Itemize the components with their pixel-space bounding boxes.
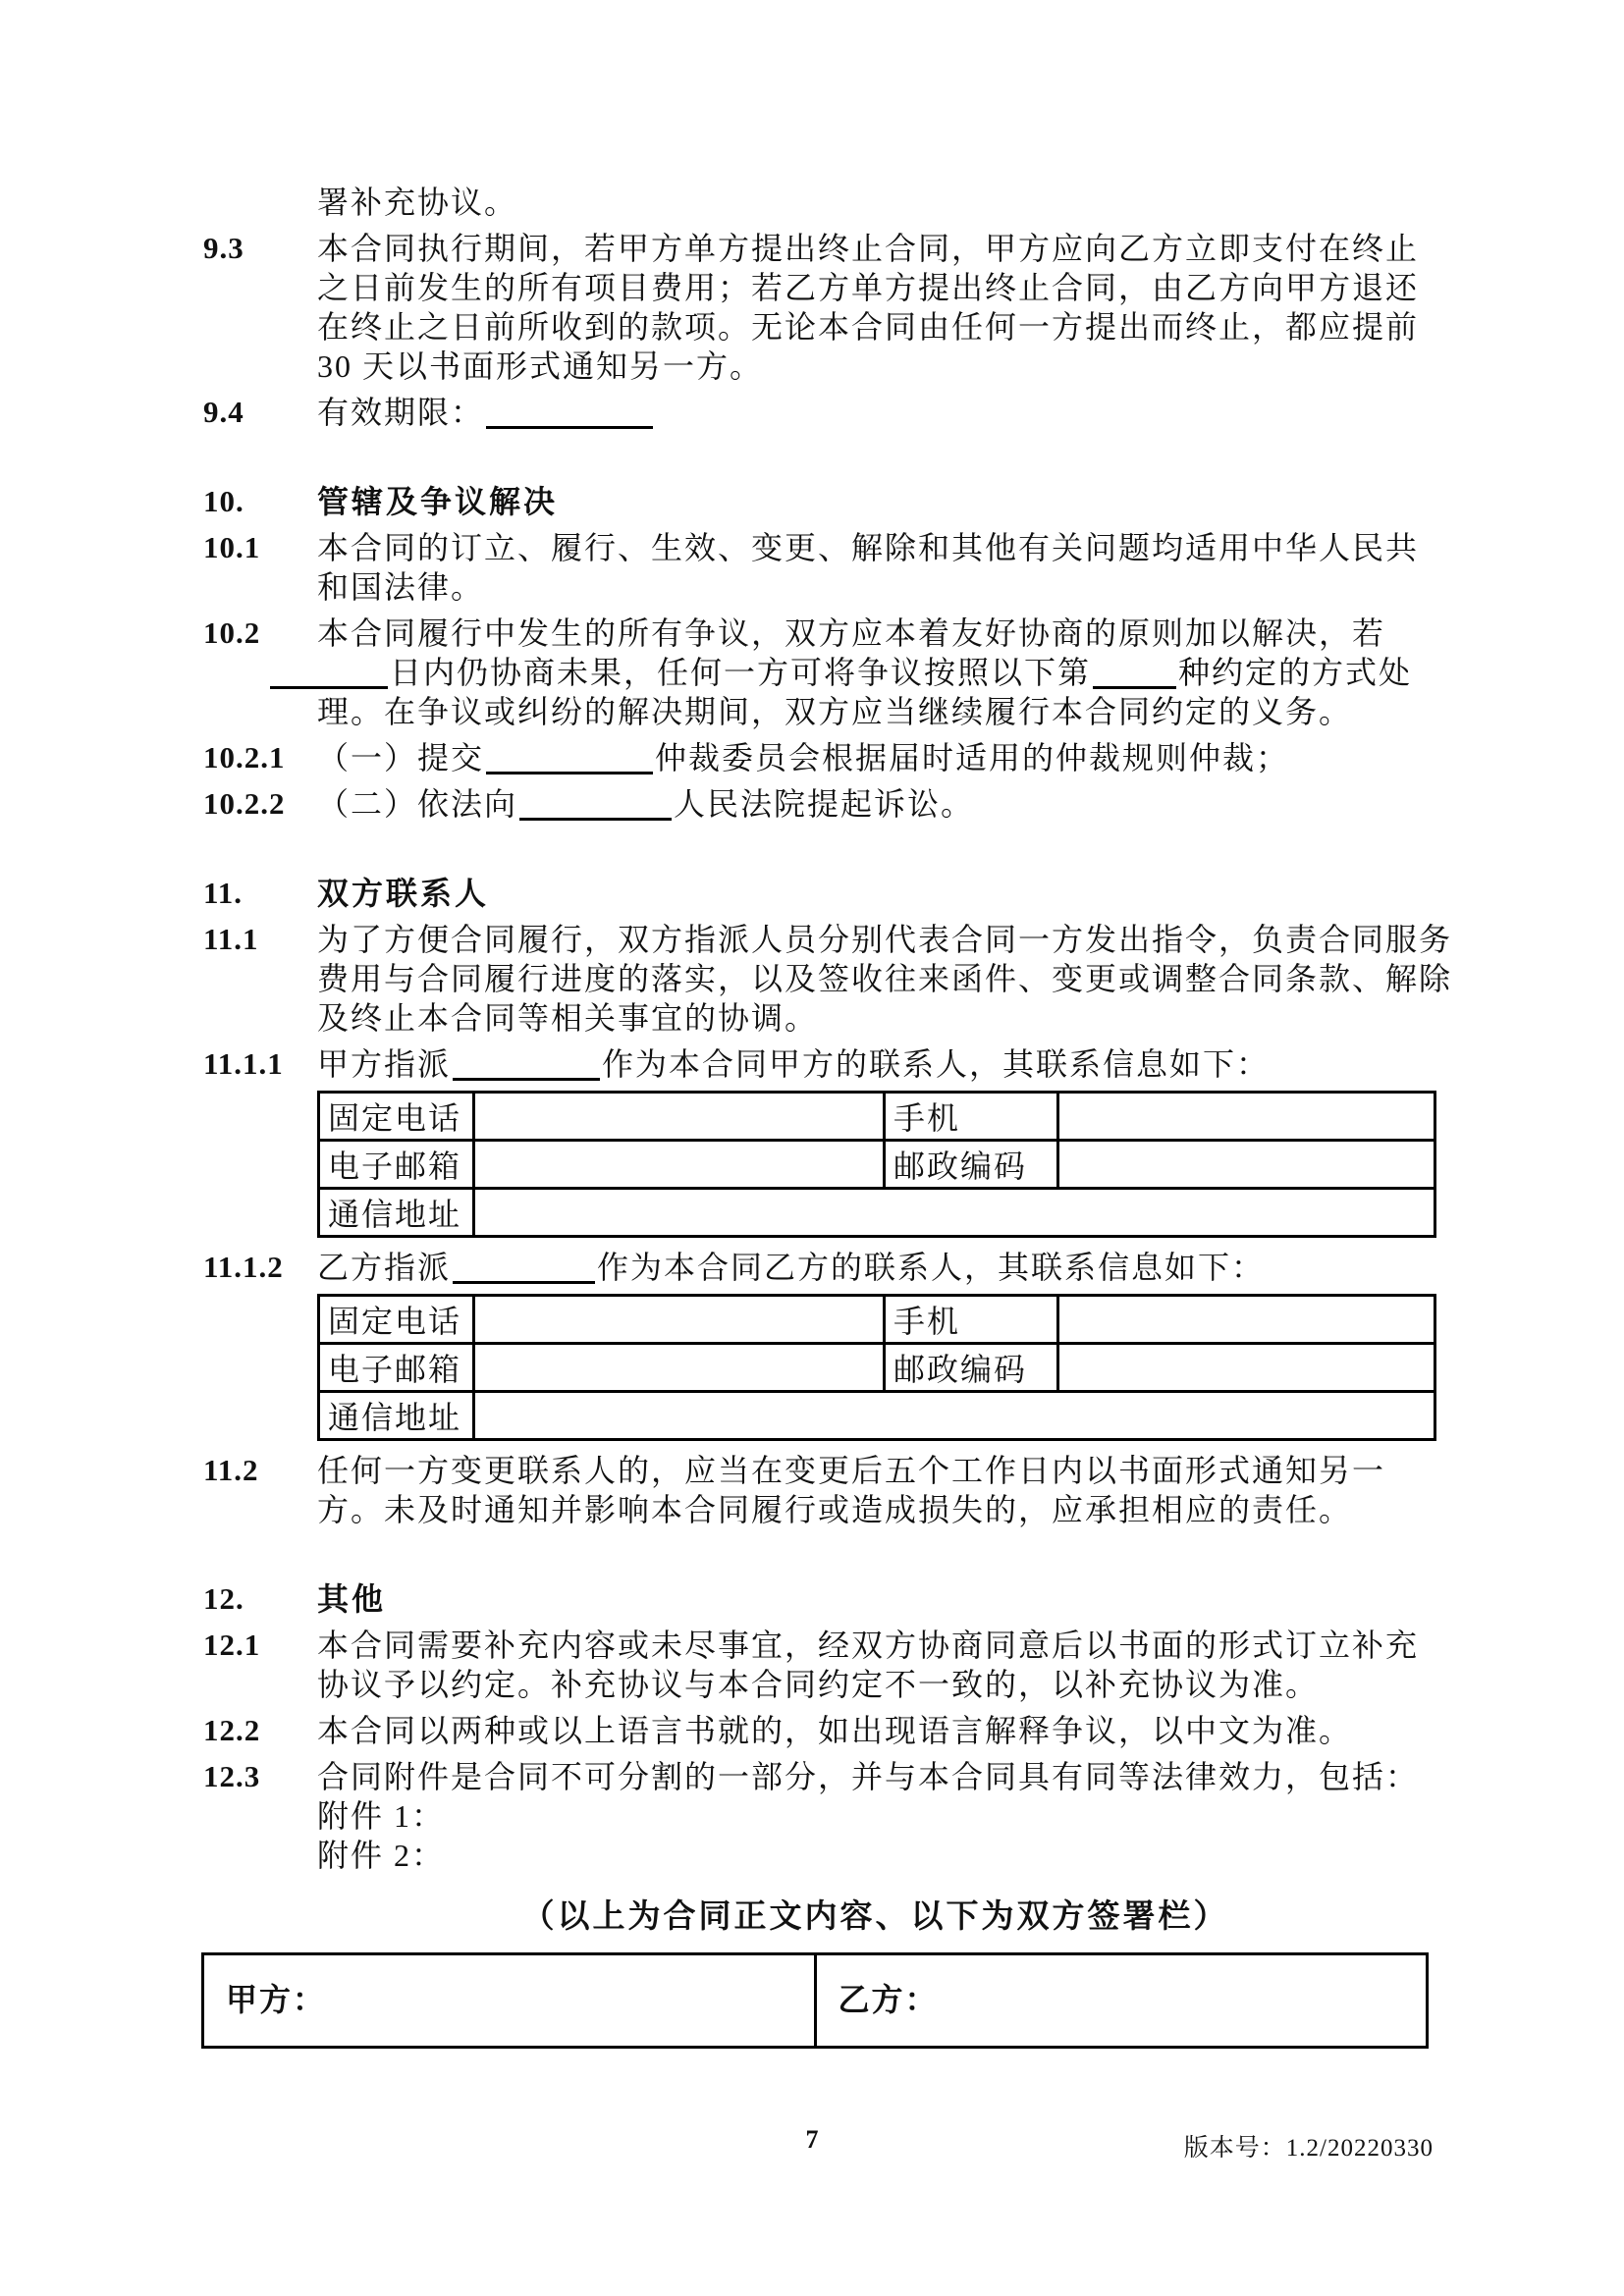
clause-text-segment: 方。未及时通知并影响本合同履行或造成损失的，应承担相应的责任。: [317, 1492, 1352, 1527]
clause-line: （二）依法向人民法院提起诉讼。: [317, 784, 1434, 824]
clause-10-2-1: 10.2.1（一）提交仲裁委员会根据届时适用的仲裁规则仲裁；: [203, 738, 1434, 777]
clause-text: 本合同需要补充内容或未尽事宜，经双方协商同意后以书面的形式订立补充协议予以约定。…: [317, 1626, 1434, 1704]
clause-11-1: 11.1为了方便合同履行，双方指派人员分别代表合同一方发出指令，负责合同服务费用…: [203, 920, 1434, 1038]
contact-field-label: 手机: [885, 1296, 1058, 1344]
clause-text-segment: （二）依法向: [317, 786, 517, 822]
clause-number: 12.: [203, 1579, 317, 1619]
clause-text: 本合同的订立、履行、生效、变更、解除和其他有关问题均适用中华人民共和国法律。: [317, 528, 1434, 607]
clause-11-2: 11.2任何一方变更联系人的，应当在变更后五个工作日内以书面形式通知另一方。未及…: [203, 1451, 1434, 1529]
contact-table-row: 通信地址: [319, 1189, 1435, 1237]
clause-text: 本合同以两种或以上语言书就的，如出现语言解释争议，以中文为准。: [317, 1711, 1434, 1750]
clause-text: 双方联系人: [317, 874, 1434, 913]
contact-field-value-cell[interactable]: [474, 1344, 885, 1392]
clause-line: （一）提交仲裁委员会根据届时适用的仲裁规则仲裁；: [317, 738, 1434, 777]
clause-text-segment: 和国法律。: [317, 569, 484, 605]
clause-line: 在终止之日前所收到的款项。无论本合同由任何一方提出而终止，都应提前: [317, 307, 1434, 347]
contract-body: 署补充协议。9.3本合同执行期间，若甲方单方提出终止合同，甲方应向乙方立即支付在…: [203, 183, 1434, 2049]
contact-field-label: 手机: [885, 1093, 1058, 1141]
clause-text-segment: 乙方指派: [317, 1250, 451, 1285]
clause-number: 11.1.1: [203, 1044, 317, 1084]
clause-text-segment: 本合同执行期间，若甲方单方提出终止合同，甲方应向乙方立即支付在终止: [317, 231, 1419, 266]
clause-line: 本合同执行期间，若甲方单方提出终止合同，甲方应向乙方立即支付在终止: [317, 229, 1434, 268]
clause-text-segment: 人民法院提起诉讼。: [674, 786, 974, 822]
clause-text: 其他: [317, 1579, 1434, 1619]
clause-text: 乙方指派作为本合同乙方的联系人，其联系信息如下：: [317, 1248, 1434, 1287]
clause-line: 本合同的订立、履行、生效、变更、解除和其他有关问题均适用中华人民共: [317, 528, 1434, 567]
clause-text-segment: 理。在争议或纠纷的解决期间，双方应当继续履行本合同约定的义务。: [317, 694, 1352, 729]
contact-field-value-cell[interactable]: [474, 1141, 885, 1189]
clause-10-1: 10.1本合同的订立、履行、生效、变更、解除和其他有关问题均适用中华人民共和国法…: [203, 528, 1434, 607]
clause-text: （二）依法向人民法院提起诉讼。: [317, 784, 1434, 824]
fill-in-blank-field[interactable]: [1093, 657, 1176, 689]
contact-table-row: 电子邮箱邮政编码: [319, 1141, 1435, 1189]
contact-table-row: 固定电话手机: [319, 1296, 1435, 1344]
clause-line: 本合同履行中发生的所有争议，双方应本着友好协商的原则加以解决，若: [317, 614, 1434, 653]
section-spacer: [203, 1536, 1434, 1579]
clause-line: 费用与合同履行进度的落实，以及签收往来函件、变更或调整合同条款、解除: [317, 959, 1434, 998]
clause-text-segment: 及终止本合同等相关事宜的协调。: [317, 1000, 818, 1036]
clause-text-segment: 署补充协议。: [317, 185, 517, 220]
clause-number: 12.3: [203, 1757, 317, 1875]
clause-text: 有效期限：: [317, 393, 1434, 432]
clause-text-segment: 本合同以两种或以上语言书就的，如出现语言解释争议，以中文为准。: [317, 1713, 1352, 1748]
clause-number: 12.2: [203, 1711, 317, 1750]
clause-9-4: 9.4有效期限：: [203, 393, 1434, 432]
contact-field-label: 通信地址: [319, 1392, 474, 1440]
clause-text-segment: 日内仍协商未果，任何一方可将争议按照以下第: [390, 655, 1091, 690]
fill-in-blank-field[interactable]: [453, 1252, 595, 1284]
clause-line: 其他: [317, 1579, 1434, 1619]
contact-field-value-cell[interactable]: [1058, 1296, 1435, 1344]
clause-text-segment: 任何一方变更联系人的，应当在变更后五个工作日内以书面形式通知另一: [317, 1453, 1385, 1488]
contact-field-value-cell[interactable]: [1058, 1093, 1435, 1141]
clause-number: 10.2.2: [203, 784, 317, 824]
contract-document-page: 署补充协议。9.3本合同执行期间，若甲方单方提出终止合同，甲方应向乙方立即支付在…: [0, 0, 1624, 2296]
clause-11: 11.双方联系人: [203, 874, 1434, 913]
clause-number: 9.4: [203, 393, 317, 432]
fill-in-blank-field[interactable]: [270, 657, 388, 689]
contact-info-table-party-a: 固定电话手机电子邮箱邮政编码通信地址: [317, 1091, 1436, 1238]
clause-text-segment: 本合同履行中发生的所有争议，双方应本着友好协商的原则加以解决，若: [317, 615, 1385, 651]
contact-table-row: 固定电话手机: [319, 1093, 1435, 1141]
clause-line: 附件 1：: [317, 1796, 1434, 1836]
clause-line: 双方联系人: [317, 874, 1434, 913]
clause-12-2: 12.2本合同以两种或以上语言书就的，如出现语言解释争议，以中文为准。: [203, 1711, 1434, 1750]
clause-line: 本合同以两种或以上语言书就的，如出现语言解释争议，以中文为准。: [317, 1711, 1434, 1750]
contact-field-value-cell[interactable]: [474, 1296, 885, 1344]
clause-11-1-1: 11.1.1甲方指派作为本合同甲方的联系人，其联系信息如下：: [203, 1044, 1434, 1084]
clause-line: 和国法律。: [317, 567, 1434, 607]
clause-text-segment: 为了方便合同履行，双方指派人员分别代表合同一方发出指令，负责合同服务: [317, 922, 1452, 957]
section-spacer: [203, 830, 1434, 874]
clause-line: 协议予以约定。补充协议与本合同约定不一致的，以补充协议为准。: [317, 1665, 1434, 1704]
clause-line: 甲方指派作为本合同甲方的联系人，其联系信息如下：: [317, 1044, 1434, 1084]
contact-field-value-cell[interactable]: [1058, 1344, 1435, 1392]
clause-number: 10.: [203, 482, 317, 521]
clause-text: 署补充协议。: [317, 183, 1434, 222]
fill-in-blank-field[interactable]: [486, 397, 653, 429]
clause-number: 9.3: [203, 229, 317, 386]
clause-text: 为了方便合同履行，双方指派人员分别代表合同一方发出指令，负责合同服务费用与合同履…: [317, 920, 1434, 1038]
clause-10: 10.管辖及争议解决: [203, 482, 1434, 521]
clause-line: 本合同需要补充内容或未尽事宜，经双方协商同意后以书面的形式订立补充: [317, 1626, 1434, 1665]
clause-10-2-2: 10.2.2（二）依法向人民法院提起诉讼。: [203, 784, 1434, 824]
contact-field-label: 电子邮箱: [319, 1141, 474, 1189]
clause-12: 12.其他: [203, 1579, 1434, 1619]
clause-line: 方。未及时通知并影响本合同履行或造成损失的，应承担相应的责任。: [317, 1490, 1434, 1529]
clause-line: 30 天以书面形式通知另一方。: [317, 347, 1434, 386]
clause-text-segment: 协议予以约定。补充协议与本合同约定不一致的，以补充协议为准。: [317, 1667, 1319, 1702]
fill-in-blank-field[interactable]: [453, 1048, 600, 1081]
signature-row: 甲方：乙方：: [203, 1954, 1428, 2048]
clause-text-segment: 有效期限：: [317, 395, 484, 430]
clause-text-segment: 双方联系人: [317, 876, 489, 911]
clause-line: 理。在争议或纠纷的解决期间，双方应当继续履行本合同约定的义务。: [317, 692, 1434, 731]
clause-text: （一）提交仲裁委员会根据届时适用的仲裁规则仲裁；: [317, 738, 1434, 777]
clause-text-segment: 本合同需要补充内容或未尽事宜，经双方协商同意后以书面的形式订立补充: [317, 1628, 1419, 1663]
clause-number: [203, 183, 317, 222]
contact-field-label: 通信地址: [319, 1189, 474, 1237]
clause-line: 日内仍协商未果，任何一方可将争议按照以下第种约定的方式处: [317, 653, 1434, 692]
clause-number: 11.: [203, 874, 317, 913]
clause-number: 10.2.1: [203, 738, 317, 777]
clause-12-3: 12.3合同附件是合同不可分割的一部分，并与本合同具有同等法律效力，包括：附件 …: [203, 1757, 1434, 1875]
clause-text-segment: 作为本合同乙方的联系人，其联系信息如下：: [597, 1250, 1265, 1285]
clause-line: 乙方指派作为本合同乙方的联系人，其联系信息如下：: [317, 1248, 1434, 1287]
clause-number: 10.1: [203, 528, 317, 607]
contact-field-label: 电子邮箱: [319, 1344, 474, 1392]
clause-text: 本合同履行中发生的所有争议，双方应本着友好协商的原则加以解决，若日内仍协商未果，…: [317, 614, 1434, 731]
clause-text-segment: 作为本合同甲方的联系人，其联系信息如下：: [602, 1046, 1270, 1082]
clause-text-segment: 种约定的方式处: [1178, 655, 1412, 690]
clause-9-3: 9.3本合同执行期间，若甲方单方提出终止合同，甲方应向乙方立即支付在终止之日前发…: [203, 229, 1434, 386]
party-a-signature-cell[interactable]: 甲方：: [203, 1954, 816, 2048]
clause-number: 11.2: [203, 1451, 317, 1529]
clause-text: 甲方指派作为本合同甲方的联系人，其联系信息如下：: [317, 1044, 1434, 1084]
clause-text-segment: （一）提交: [317, 740, 484, 775]
signature-table: 甲方：乙方：: [201, 1952, 1429, 2049]
clause-text-segment: 之日前发生的所有项目费用；若乙方单方提出终止合同，由乙方向甲方退还: [317, 270, 1419, 305]
clause-line: 合同附件是合同不可分割的一部分，并与本合同具有同等法律效力，包括：: [317, 1757, 1434, 1796]
clause-text-segment: 合同附件是合同不可分割的一部分，并与本合同具有同等法律效力，包括：: [317, 1759, 1419, 1794]
contact-field-value-cell[interactable]: [474, 1093, 885, 1141]
clause-text: 任何一方变更联系人的，应当在变更后五个工作日内以书面形式通知另一方。未及时通知并…: [317, 1451, 1434, 1529]
contact-table-row: 电子邮箱邮政编码: [319, 1344, 1435, 1392]
clause-text-segment: 附件 1：: [317, 1798, 445, 1834]
clause-10-2: 10.2本合同履行中发生的所有争议，双方应本着友好协商的原则加以解决，若日内仍协…: [203, 614, 1434, 731]
clause-line: 及终止本合同等相关事宜的协调。: [317, 998, 1434, 1038]
party-b-signature-cell[interactable]: 乙方：: [815, 1954, 1428, 2048]
contact-field-value-cell[interactable]: [474, 1392, 1435, 1440]
contact-field-label: 邮政编码: [885, 1344, 1058, 1392]
contact-table-row: 通信地址: [319, 1392, 1435, 1440]
contact-field-label: 邮政编码: [885, 1141, 1058, 1189]
contact-field-value-cell[interactable]: [474, 1189, 1435, 1237]
contact-field-label: 固定电话: [319, 1296, 474, 1344]
clause-line: 附件 2：: [317, 1836, 1434, 1875]
clause-line: 署补充协议。: [317, 183, 1434, 222]
fill-in-blank-field[interactable]: [519, 788, 672, 821]
clause-line: 有效期限：: [317, 393, 1434, 432]
clause-continuation: 署补充协议。: [203, 183, 1434, 222]
clause-text: 本合同执行期间，若甲方单方提出终止合同，甲方应向乙方立即支付在终止之日前发生的所…: [317, 229, 1434, 386]
clause-12-1: 12.1本合同需要补充内容或未尽事宜，经双方协商同意后以书面的形式订立补充协议予…: [203, 1626, 1434, 1704]
clause-number: 12.1: [203, 1626, 317, 1704]
contact-field-label: 固定电话: [319, 1093, 474, 1141]
clause-text-segment: 甲方指派: [317, 1046, 451, 1082]
contact-field-value-cell[interactable]: [1058, 1141, 1435, 1189]
clause-text: 合同附件是合同不可分割的一部分，并与本合同具有同等法律效力，包括：附件 1：附件…: [317, 1757, 1434, 1875]
clause-text-segment: 附件 2：: [317, 1838, 445, 1873]
clause-text-segment: 费用与合同履行进度的落实，以及签收往来函件、变更或调整合同条款、解除: [317, 961, 1452, 996]
contact-info-table-party-b: 固定电话手机电子邮箱邮政编码通信地址: [317, 1294, 1436, 1441]
clause-11-1-2: 11.1.2乙方指派作为本合同乙方的联系人，其联系信息如下：: [203, 1248, 1434, 1287]
clause-text-segment: 其他: [317, 1581, 386, 1617]
clause-text-segment: 在终止之日前所收到的款项。无论本合同由任何一方提出而终止，都应提前: [317, 309, 1419, 345]
clause-number: 11.1: [203, 920, 317, 1038]
clause-line: 管辖及争议解决: [317, 482, 1434, 521]
clause-text-segment: 30 天以书面形式通知另一方。: [317, 348, 763, 384]
clause-line: 任何一方变更联系人的，应当在变更后五个工作日内以书面形式通知另一: [317, 1451, 1434, 1490]
clause-text-segment: 管辖及争议解决: [317, 484, 558, 519]
version-label: 版本号：1.2/20220330: [1184, 2128, 1434, 2163]
signature-section-divider-note: （以上为合同正文内容、以下为双方签署栏）: [317, 1891, 1434, 1937]
fill-in-blank-field[interactable]: [486, 742, 653, 774]
clause-line: 之日前发生的所有项目费用；若乙方单方提出终止合同，由乙方向甲方退还: [317, 268, 1434, 307]
clause-number: 11.1.2: [203, 1248, 317, 1287]
clause-text-segment: 仲裁委员会根据届时适用的仲裁规则仲裁；: [655, 740, 1289, 775]
clause-text-segment: 本合同的订立、履行、生效、变更、解除和其他有关问题均适用中华人民共: [317, 530, 1419, 565]
clause-text: 管辖及争议解决: [317, 482, 1434, 521]
clause-line: 为了方便合同履行，双方指派人员分别代表合同一方发出指令，负责合同服务: [317, 920, 1434, 959]
section-spacer: [203, 439, 1434, 482]
